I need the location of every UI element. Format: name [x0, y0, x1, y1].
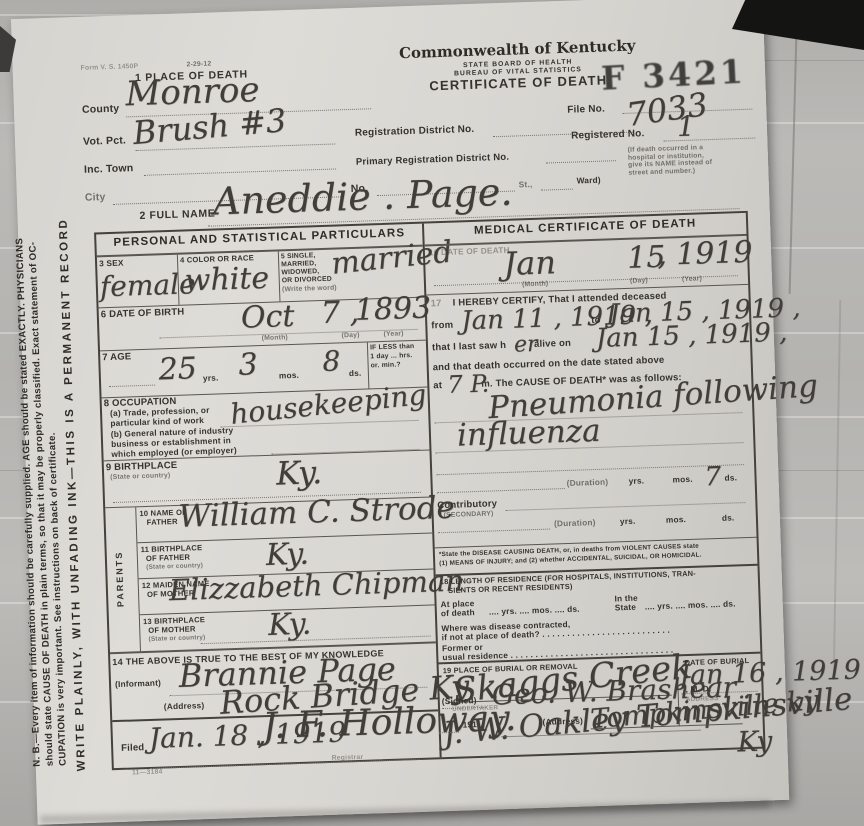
occupation-row: 8 OCCUPATION (a) Trade, profession, or p…: [102, 388, 430, 462]
ward-label: Ward): [576, 176, 600, 186]
marital-label-4: OR DIVORCED: [282, 276, 332, 285]
duration-days-value: 7: [704, 464, 721, 491]
duration-years-label: yrs.: [628, 476, 644, 486]
dotted-line: [541, 186, 573, 191]
at-place-duration: .... yrs. .... mos. .... ds.: [489, 605, 580, 617]
father-name-value: William C. Strode: [178, 493, 455, 533]
physician-address-label: (Address): [542, 717, 583, 728]
certificate-paper: N. B.—Every item of information should b…: [11, 0, 789, 825]
mother-bp-note: (State or country): [148, 634, 205, 643]
residence-label-2: SIENTS OR RECENT RESIDENTS): [448, 583, 573, 595]
dob-day-label: (Day): [342, 332, 360, 340]
parents-row: PARENTS 10 NAME OF FATHER William C. Str…: [105, 497, 436, 654]
duration-label: (Duration): [567, 478, 609, 489]
if-less-label-2: 1 day ... hrs.: [370, 352, 412, 361]
filed-label: Filed: [121, 743, 145, 754]
dob-year-label: (Year): [383, 330, 403, 338]
dotted-line: [144, 165, 336, 175]
street-label: St.,: [519, 180, 533, 190]
dotted-line: [546, 157, 616, 163]
age-months-label: mos.: [279, 371, 299, 381]
age-years-label: yrs.: [203, 373, 219, 383]
mother-name-value: Elizzabeth Chipman: [169, 566, 465, 605]
birthplace-value: Ky.: [276, 456, 323, 490]
if-less-label-3: or. min.?: [371, 361, 401, 370]
birthplace-note: (State or country): [110, 472, 170, 482]
father-name-label-2: FATHER: [147, 518, 178, 528]
informant-address-label: (Address): [164, 701, 205, 712]
form-revision-date: 2-29-12: [186, 61, 211, 69]
year-blank: 191: [462, 720, 477, 730]
father-bp-value: Ky.: [265, 540, 309, 571]
parents-box: 10 NAME OF FATHER William C. Strode 11 B…: [135, 497, 436, 651]
dod-month-label: (Month): [522, 280, 549, 288]
md-label: , M. D.: [685, 684, 711, 694]
dod-month-value: Jan: [503, 246, 557, 280]
dotted-line: [505, 499, 745, 511]
dotted-line: [439, 729, 459, 734]
dotted-line: [201, 633, 431, 645]
vot-pct-label: Vot. Pct.: [83, 135, 126, 148]
secondary-label: (SECONDARY): [444, 510, 494, 519]
hospital-note: (If death occurred in a hospital or inst…: [628, 143, 749, 177]
undertaker-state-value: Ky: [737, 727, 773, 756]
full-name-label: 2 FULL NAME: [139, 208, 215, 222]
parents-label: PARENTS: [114, 551, 126, 608]
duration2-label: (Duration): [554, 518, 596, 529]
certify-number: 17: [430, 299, 441, 310]
age-days-value: 8: [322, 347, 341, 376]
dob-year-value: 1893: [354, 293, 431, 326]
primary-registration-label: Primary Registration District No.: [356, 153, 510, 169]
dotted-line: [150, 756, 420, 769]
age-months-value: 3: [238, 350, 258, 381]
dotted-line: [438, 526, 550, 534]
dotted-line: [437, 485, 565, 493]
if-less-label-1: IF LESS than: [370, 343, 415, 352]
age-label: 7 AGE: [102, 352, 132, 364]
father-bp-note: (State or country): [146, 562, 203, 571]
dotted-line: [109, 382, 155, 388]
file-no-label: File No.: [567, 104, 605, 116]
last-saw-label: that I last saw h: [432, 341, 506, 354]
state-duration: .... yrs. .... mos. .... ds.: [645, 599, 736, 611]
state-label: State: [615, 603, 637, 613]
county-label: County: [82, 104, 120, 117]
dod-year-label: (Year): [682, 275, 702, 283]
spacer: [443, 773, 765, 784]
dod-label: 16 DATE OF DEATH: [429, 246, 510, 258]
duration-days-label: ds.: [724, 473, 737, 483]
at-label: at: [433, 381, 442, 392]
filed-row: Filed Jan. 18 , 1919 J. F. Holloway. Reg…: [112, 711, 440, 776]
attended-from-label: from: [431, 321, 453, 332]
form-code: 11—3184: [132, 769, 163, 778]
registration-district-label: Registration District No.: [355, 124, 475, 139]
dod-day-label: (Day): [630, 277, 648, 285]
race-value: white: [184, 264, 269, 297]
race-cell: 4 COLOR OR RACE white: [178, 251, 281, 304]
inc-town-label: Inc. Town: [84, 163, 134, 176]
last-seen-value: Jan 15 , 1919 ,: [595, 320, 787, 352]
age-years-value: 25: [158, 354, 197, 385]
registration-district-value: 7033: [624, 88, 709, 131]
duration2-days-label: ds.: [722, 513, 735, 523]
personal-column: PERSONAL AND STATISTICAL PARTICULARS 3 S…: [96, 224, 442, 769]
marital-note: (Write the word): [282, 284, 337, 293]
registered-no-label: Registered No.: [571, 128, 645, 142]
age-days-label: ds.: [349, 369, 362, 379]
form-number: Form V. S. 1450P: [81, 63, 139, 73]
duration2-months-label: mos.: [666, 515, 686, 525]
dob-label: 6 DATE OF BIRTH: [101, 308, 185, 321]
city-label: City: [85, 192, 106, 204]
sex-cell: 3 SEX female: [97, 255, 180, 308]
dotted-line: [436, 461, 744, 475]
duration2-years-label: yrs.: [620, 517, 636, 527]
duration-months-label: mos.: [672, 475, 692, 485]
dob-month-value: Oct: [241, 302, 295, 334]
dob-month-label: (Month): [262, 334, 289, 342]
informant-label: (Informant): [115, 679, 161, 690]
certification-block: 17 I HEREBY CERTIFY, That I attended dec…: [426, 285, 756, 549]
at-place-label-2: of death: [441, 608, 475, 618]
alive-on-label: alive on: [534, 339, 571, 351]
sex-label: 3 SEX: [99, 259, 124, 269]
residence-block: 18 LENGTH OF RESIDENCE (FOR HOSPITALS, I…: [436, 566, 761, 665]
dod-year-value: , 1919: [657, 238, 753, 271]
